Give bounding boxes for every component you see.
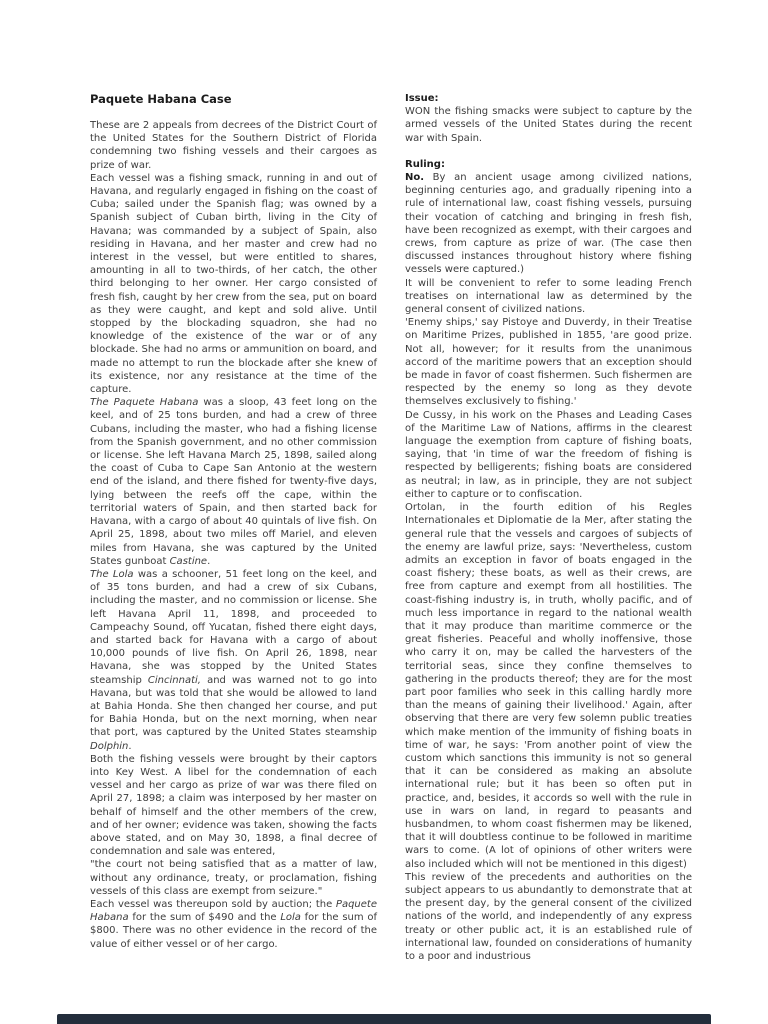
paragraph: It will be convenient to refer to some l… <box>405 277 692 317</box>
paragraph: These are 2 appeals from decrees of the … <box>90 119 377 172</box>
paragraph: Each vessel was thereupon sold by auctio… <box>90 898 377 951</box>
section-heading: Ruling: <box>405 158 692 171</box>
document-page: Paquete Habana Case These are 2 appeals … <box>0 0 768 963</box>
paragraph: Both the fishing vessels were brought by… <box>90 753 377 859</box>
paragraph: This review of the precedents and author… <box>405 871 692 963</box>
paragraph: "the court not being satisfied that as a… <box>90 858 377 898</box>
document-title: Paquete Habana Case <box>90 92 377 106</box>
paragraph: Ortolan, in the fourth edition of his Re… <box>405 501 692 871</box>
paragraph: 'Enemy ships,' say Pistoye and Duverdy, … <box>405 316 692 408</box>
left-column-text: These are 2 appeals from decrees of the … <box>90 119 377 951</box>
paragraph: WON the fishing smacks were subject to c… <box>405 105 692 145</box>
left-column: Paquete Habana Case These are 2 appeals … <box>90 92 377 963</box>
paragraph: Each vessel was a fishing smack, running… <box>90 172 377 396</box>
paragraph: No. By an ancient usage among civilized … <box>405 171 692 277</box>
paragraph: The Paquete Habana was a sloop, 43 feet … <box>90 396 377 568</box>
paragraph: De Cussy, in his work on the Phases and … <box>405 409 692 501</box>
paragraph: The Lola was a schooner, 51 feet long on… <box>90 568 377 753</box>
section-heading: Issue: <box>405 92 692 105</box>
right-column: Issue:WON the fishing smacks were subjec… <box>405 92 692 963</box>
bottom-bar <box>57 1014 711 1024</box>
